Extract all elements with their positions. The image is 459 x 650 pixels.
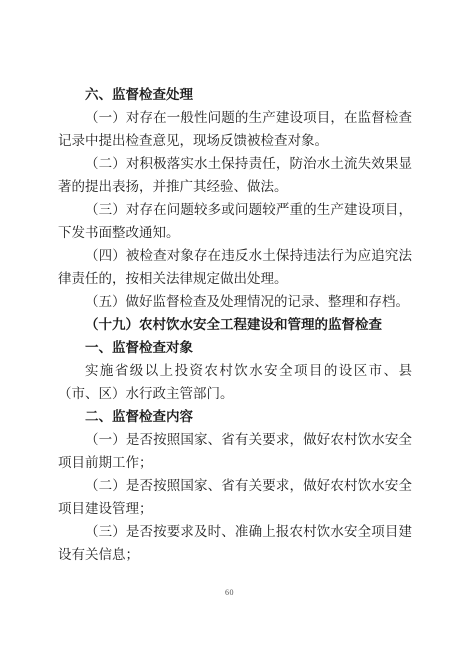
page-number: 60 [0,588,459,598]
paragraph: 实施省级以上投资农村饮水安全项目的设区市、县（市、区）水行政主管部门。 [58,359,412,405]
section-heading: 一、监督检查对象 [58,336,412,359]
paragraph: （三）对存在问题较多或问题较严重的生产建设项目，下发书面整改通知。 [58,198,412,244]
paragraph: （二）是否按照国家、省有关要求，做好农村饮水安全项目建设管理； [58,474,412,520]
paragraph: （一）对存在一般性问题的生产建设项目，在监督检查记录中提出检查意见，现场反馈被检… [58,106,412,152]
paragraph: （一）是否按照国家、省有关要求，做好农村饮水安全项目前期工作； [58,428,412,474]
section-heading: 二、监督检查内容 [58,405,412,428]
section-heading: 六、监督检查处理 [58,83,412,106]
paragraph: （四）被检查对象存在违反水土保持违法行为应追究法律责任的，按相关法律规定做出处理… [58,244,412,290]
document-page: 六、监督检查处理（一）对存在一般性问题的生产建设项目，在监督检查记录中提出检查意… [0,0,459,650]
document-content: 六、监督检查处理（一）对存在一般性问题的生产建设项目，在监督检查记录中提出检查意… [58,83,412,566]
paragraph: （五）做好监督检查及处理情况的记录、整理和存档。 [58,290,412,313]
paragraph: （二）对积极落实水土保持责任，防治水土流失效果显著的提出表扬，并推广其经验、做法… [58,152,412,198]
paragraph: （三）是否按要求及时、准确上报农村饮水安全项目建设有关信息； [58,520,412,566]
section-heading: （十九）农村饮水安全工程建设和管理的监督检查 [58,313,412,336]
